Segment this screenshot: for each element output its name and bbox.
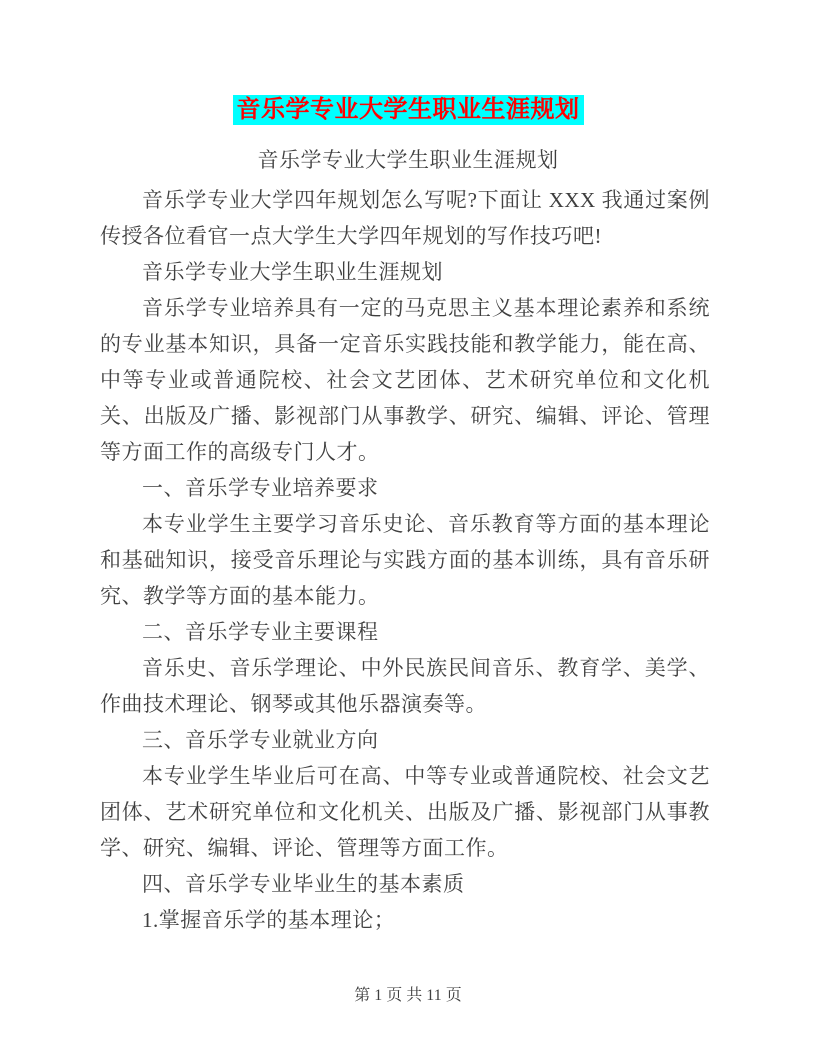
page-number-text: 第 1 页 共 11 页 (354, 987, 461, 1004)
page-footer: 第 1 页 共 11 页 (0, 986, 816, 1006)
heading-section-3: 三、音乐学专业就业方向 (100, 722, 710, 758)
document-title: 音乐学专业大学生职业生涯规划 (100, 95, 716, 125)
document-subtitle: 音乐学专业大学生职业生涯规划 (100, 147, 716, 173)
paragraph-section-3: 本专业学生毕业后可在高、中等专业或普通院校、社会文艺团体、艺术研究单位和文化机关… (100, 758, 710, 866)
document-page: 音乐学专业大学生职业生涯规划 音乐学专业大学生职业生涯规划 音乐学专业大学四年规… (0, 0, 816, 1056)
paragraph-section-1: 本专业学生主要学习音乐史论、音乐教育等方面的基本理论和基础知识，接受音乐理论与实… (100, 506, 710, 614)
paragraph-section-2: 音乐史、音乐学理论、中外民族民间音乐、教育学、美学、作曲技术理论、钢琴或其他乐器… (100, 650, 710, 722)
paragraph-title-repeat: 音乐学专业大学生职业生涯规划 (100, 254, 710, 290)
heading-section-2: 二、音乐学专业主要课程 (100, 614, 710, 650)
paragraph-overview: 音乐学专业培养具有一定的马克思主义基本理论素养和系统的专业基本知识，具备一定音乐… (100, 290, 710, 470)
paragraph-list-item-1: 1.掌握音乐学的基本理论； (100, 902, 710, 938)
heading-section-4: 四、音乐学专业毕业生的基本素质 (100, 866, 710, 902)
paragraph-intro: 音乐学专业大学四年规划怎么写呢?下面让 XXX 我通过案例传授各位看官一点大学生… (100, 182, 710, 254)
heading-section-1: 一、音乐学专业培养要求 (100, 470, 710, 506)
highlighted-title-text: 音乐学专业大学生职业生涯规划 (233, 95, 584, 125)
document-body: 音乐学专业大学四年规划怎么写呢?下面让 XXX 我通过案例传授各位看官一点大学生… (100, 182, 710, 938)
